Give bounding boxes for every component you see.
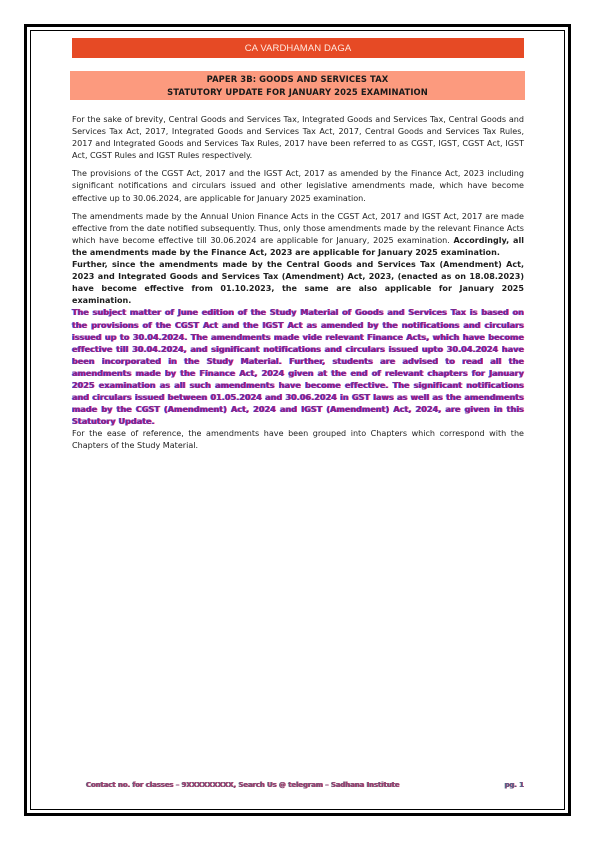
document-body: For the sake of brevity, Central Goods a…: [72, 114, 524, 459]
title-statutory-update: STATUTORY UPDATE FOR JANUARY 2025 EXAMIN…: [167, 86, 428, 99]
page-number: pg. 1: [505, 781, 524, 789]
paragraph-study-material: The subject matter of June edition of th…: [72, 307, 524, 428]
paragraph-provisions: The provisions of the CGST Act, 2017 and…: [72, 168, 524, 204]
title-paper: PAPER 3B: GOODS AND SERVICES TAX: [207, 73, 389, 86]
paragraph-brevity: For the sake of brevity, Central Goods a…: [72, 114, 524, 162]
author-banner-text: CA VARDHAMAN DAGA: [245, 43, 352, 54]
page-footer: Contact no. for classes – 9XXXXXXXXX, Se…: [86, 781, 524, 789]
document-title-box: PAPER 3B: GOODS AND SERVICES TAX STATUTO…: [70, 71, 525, 100]
author-banner: CA VARDHAMAN DAGA: [72, 38, 524, 58]
footer-contact: Contact no. for classes – 9XXXXXXXXX, Se…: [86, 781, 400, 789]
paragraph-reference: For the ease of reference, the amendment…: [72, 428, 524, 452]
paragraph-amendments: The amendments made by the Annual Union …: [72, 211, 524, 259]
paragraph-amendment-acts: Further, since the amendments made by th…: [72, 259, 524, 307]
